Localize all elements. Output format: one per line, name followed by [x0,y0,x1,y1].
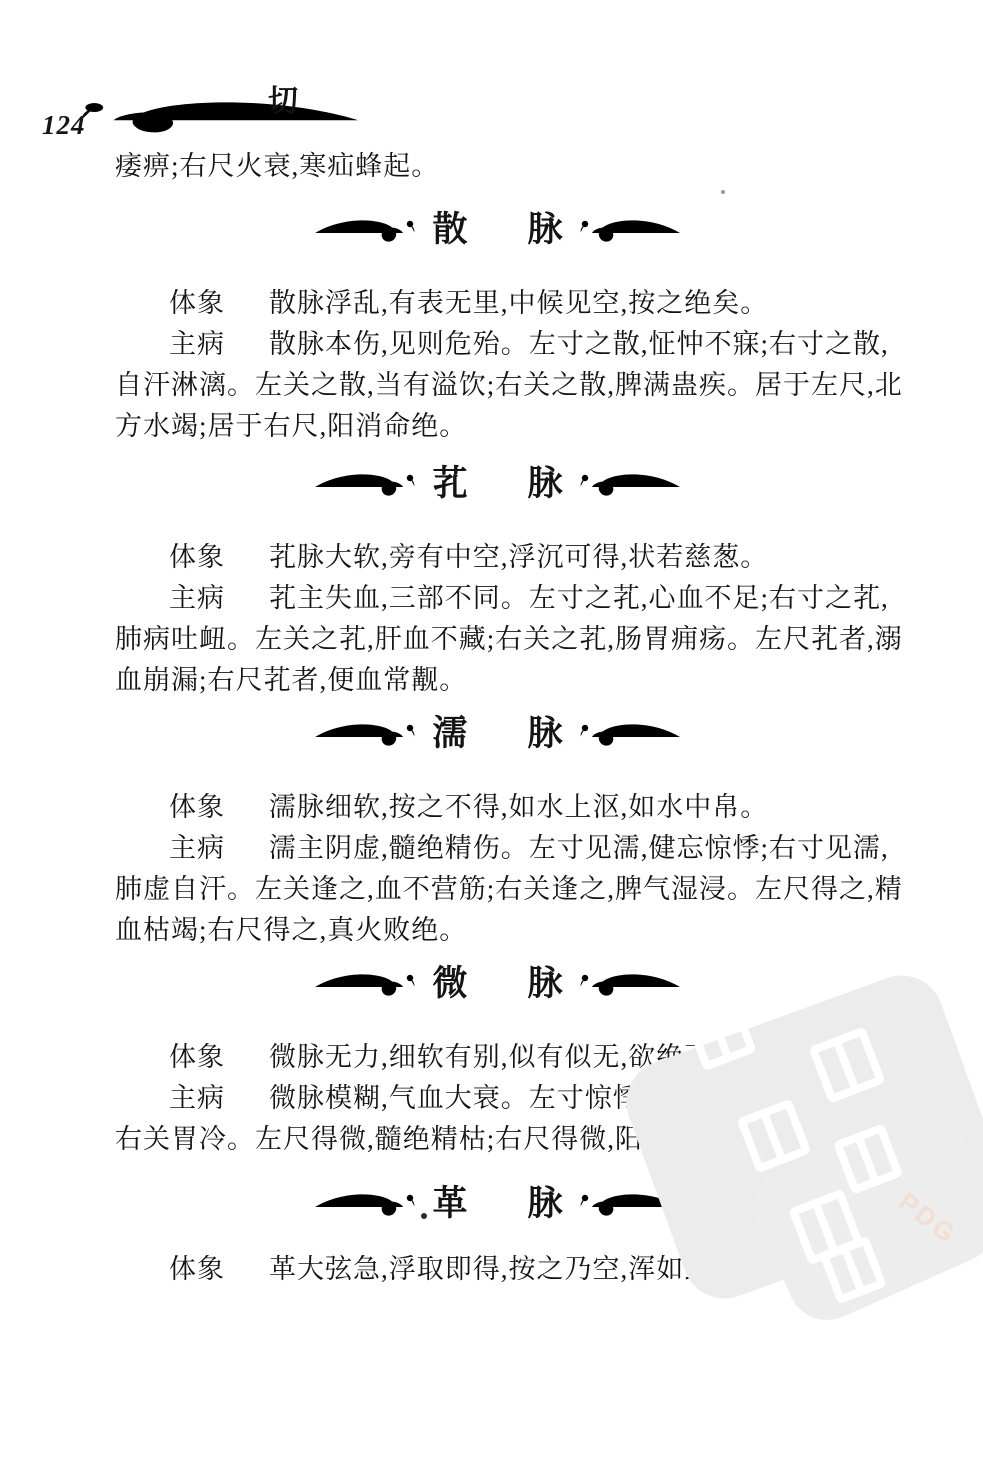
flourish-right-icon [577,967,682,1001]
paragraph-text: 濡脉细软,按之不得,如水上沤,如水中帛。 [269,792,768,822]
title-char: 芤 [432,456,467,512]
scan-speck [721,190,725,194]
title-char: 脉 [528,956,563,1012]
title-char: 脉 [528,706,563,762]
paragraph-label: 体象 [169,542,225,572]
paragraph-label: 体象 [169,1254,225,1284]
section-title-kou-mai: 芤 脉 [6,456,983,512]
paragraph-zhubing: 主病芤主失血,三部不同。左寸之芤,心血不足;右寸之芤,肺病吐衄。左关之芤,肝血不… [115,578,911,701]
title-char: 脉 [528,456,563,512]
flourish-left-icon [313,213,418,247]
section-body-kou-mai: 体象芤脉大软,旁有中空,浮沉可得,状若慈葱。 主病芤主失血,三部不同。左寸之芤,… [115,537,911,701]
scan-speck [421,1213,427,1219]
paragraph-text: 微脉无力,细软有别,似有似无,欲绝不绝。 [269,1042,768,1072]
paragraph-label: 体象 [169,288,225,318]
title-char: 脉 [528,1176,563,1232]
scanned-book-page: 切 124 痿痹;右尺火衰,寒疝蜂起。 散 脉 体象散脉浮乱,有表无里,中候见空… [0,0,983,1470]
paragraph-tixiang: 体象微脉无力,细软有别,似有似无,欲绝不绝。 [115,1037,911,1078]
intro-line: 痿痹;右尺火衰,寒疝蜂起。 [115,146,915,187]
paragraph-text: 芤脉大软,旁有中空,浮沉可得,状若慈葱。 [269,542,768,572]
title-char: 微 [432,956,467,1012]
paragraph-label: 主病 [169,833,225,863]
chapter-corner-label: 切 [268,76,299,120]
corner-flourish-icon [72,92,364,140]
flourish-right-icon [577,717,682,751]
paragraph-tixiang: 体象散脉浮乱,有表无里,中候见空,按之绝矣。 [115,283,911,324]
flourish-left-icon [313,967,418,1001]
section-body-wei-mai: 体象微脉无力,细软有别,似有似无,欲绝不绝。 主病微脉模糊,气血大衰。左寸惊悸,… [115,1037,911,1160]
section-title-wei-mai: 微 脉 [6,956,983,1012]
paragraph-label: 主病 [169,1083,225,1113]
flourish-right-icon [577,467,682,501]
title-char: 脉 [528,202,563,258]
flourish-left-icon [313,467,418,501]
section-title-san-mai: 散 脉 [6,202,983,258]
title-char: 革 [432,1176,467,1232]
paragraph-tixiang: 体象濡脉细软,按之不得,如水上沤,如水中帛。 [115,787,911,828]
paragraph-text: 濡主阴虚,髓绝精伤。左寸见濡,健忘惊悸;右寸见濡,肺虚自汗。左关逢之,血不营筋;… [115,833,903,945]
title-char: 濡 [432,706,467,762]
paragraph-tixiang: 体象芤脉大软,旁有中空,浮沉可得,状若慈葱。 [115,537,911,578]
paragraph-text: 芤主失血,三部不同。左寸之芤,心血不足;右寸之芤,肺病吐衄。左关之芤,肝血不藏;… [115,583,903,695]
flourish-left-icon [313,1187,418,1221]
paragraph-label: 体象 [169,1042,225,1072]
paragraph-text: 散脉本伤,见则危殆。左寸之散,怔忡不寐;右寸之散,自汗淋漓。左关之散,当有溢饮;… [115,329,903,441]
paragraph-label: 体象 [169,792,225,822]
page-number: 124 [42,110,86,141]
paragraph-label: 主病 [169,583,225,613]
paragraph-text: 革大弦急,浮取即得,按之乃空,浑如鼓革。 [269,1254,768,1284]
flourish-left-icon [313,717,418,751]
paragraph-label: 主病 [169,329,225,359]
title-char: 散 [432,202,467,258]
section-body-ru-mai: 体象濡脉细软,按之不得,如水上沤,如水中帛。 主病濡主阴虚,髓绝精伤。左寸见濡,… [115,787,911,951]
section-title-ge-mai: 革 脉 [6,1176,983,1232]
paragraph-text: 散脉浮乱,有表无里,中候见空,按之绝矣。 [269,288,768,318]
paragraph-tixiang: 体象革大弦急,浮取即得,按之乃空,浑如鼓革。 [115,1249,911,1290]
section-title-ru-mai: 濡 脉 [6,706,983,762]
section-body-ge-mai: 体象革大弦急,浮取即得,按之乃空,浑如鼓革。 [115,1249,911,1290]
paragraph-zhubing: 主病微脉模糊,气血大衰。左寸惊悸,右寸气促。左关寒挛,右关胃冷。左尺得微,髓绝精… [115,1078,911,1160]
paragraph-zhubing: 主病散脉本伤,见则危殆。左寸之散,怔忡不寐;右寸之散,自汗淋漓。左关之散,当有溢… [115,324,911,447]
section-body-san-mai: 体象散脉浮乱,有表无里,中候见空,按之绝矣。 主病散脉本伤,见则危殆。左寸之散,… [115,283,911,447]
flourish-right-icon [577,1187,682,1221]
paragraph-zhubing: 主病濡主阴虚,髓绝精伤。左寸见濡,健忘惊悸;右寸见濡,肺虚自汗。左关逢之,血不营… [115,828,911,951]
paragraph-text: 微脉模糊,气血大衰。左寸惊悸,右寸气促。左关寒挛,右关胃冷。左尺得微,髓绝精枯;… [115,1083,908,1154]
flourish-right-icon [577,213,682,247]
